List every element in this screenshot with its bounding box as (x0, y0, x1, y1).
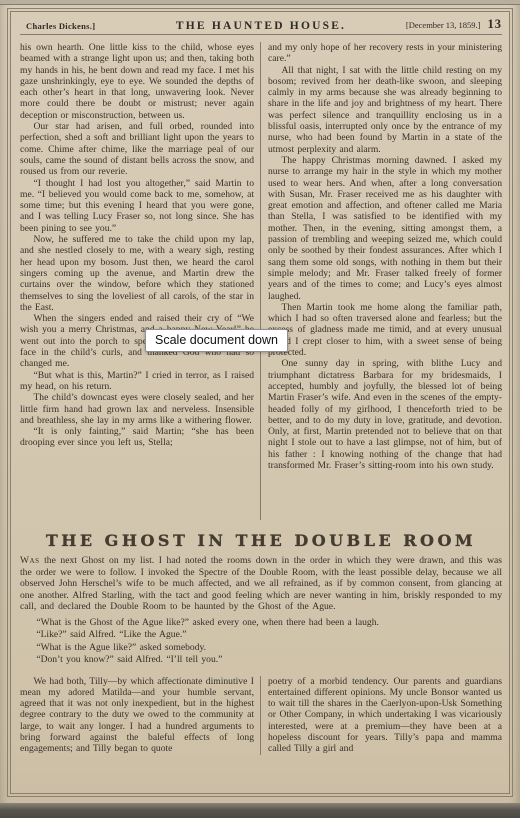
bottom-columns: We had both, Tilly—by which affectionate… (20, 676, 502, 755)
tooltip-text: Scale document down (155, 333, 278, 347)
paragraph: We had both, Tilly—by which affectionate… (20, 676, 254, 755)
paragraph: “But what is this, Martin?” I cried in t… (20, 370, 254, 393)
dialogue-line: “What is the Ague like?” asked somebody. (20, 642, 502, 654)
section-intro: Was the next Ghost on my list. I had not… (20, 555, 502, 613)
section-lead-word: Was (20, 555, 40, 566)
tooltip: Scale document down (145, 329, 288, 352)
page-content: Charles Dickens.] THE HAUNTED HOUSE. [De… (20, 17, 502, 790)
story-left-column: his own hearth. One little kiss to the c… (20, 42, 261, 520)
paragraph: The child’s downcast eyes were closely s… (20, 392, 254, 426)
paragraph: his own hearth. One little kiss to the c… (20, 42, 254, 121)
bottom-left-column: We had both, Tilly—by which affectionate… (20, 676, 261, 755)
header-page-number: 13 (488, 17, 503, 31)
header-date: [December 13, 1859.] (406, 20, 481, 30)
page-header: Charles Dickens.] THE HAUNTED HOUSE. [De… (20, 17, 502, 35)
paragraph: Now, he suffered me to take the child up… (20, 234, 254, 313)
bottom-right-column: poetry of a morbid tendency. Our parents… (261, 676, 502, 755)
paragraph: and my only hope of her recovery rests i… (268, 42, 502, 65)
dialogue-lines: “What is the Ghost of the Ague like?” as… (20, 617, 502, 667)
dialogue-line: “Like?” said Alfred. “Like the Ague.” (20, 629, 502, 641)
dialogue-line: “What is the Ghost of the Ague like?” as… (20, 617, 502, 629)
section-heading: THE GHOST IN THE DOUBLE ROOM (20, 531, 502, 550)
paragraph: The happy Christmas morning dawned. I as… (268, 155, 502, 302)
header-date-group: [December 13, 1859.]13 (406, 17, 502, 32)
document-page[interactable]: Charles Dickens.] THE HAUNTED HOUSE. [De… (0, 0, 520, 818)
story-right-column: and my only hope of her recovery rests i… (261, 42, 502, 520)
paragraph: Then Martin took me home along the famil… (268, 302, 502, 358)
dialogue-line: “Don’t you know?” said Alfred. “I’ll tel… (20, 654, 502, 666)
scan-bottom-band (0, 803, 520, 818)
section-intro-text: the next Ghost on my list. I had noted t… (20, 555, 502, 612)
paragraph: “It is only fainting,” said Martin; “she… (20, 426, 254, 449)
paragraph: Our star had arisen, and full orbed, rou… (20, 121, 254, 177)
paragraph: poetry of a morbid tendency. Our parents… (268, 676, 502, 755)
paragraph: “I thought I had lost you altogether,” s… (20, 178, 254, 234)
story-columns: his own hearth. One little kiss to the c… (20, 42, 502, 520)
scan-top-edge (0, 0, 520, 5)
paragraph: All that night, I sat with the little ch… (268, 65, 502, 155)
paragraph: One sunny day in spring, with blithe Luc… (268, 358, 502, 471)
